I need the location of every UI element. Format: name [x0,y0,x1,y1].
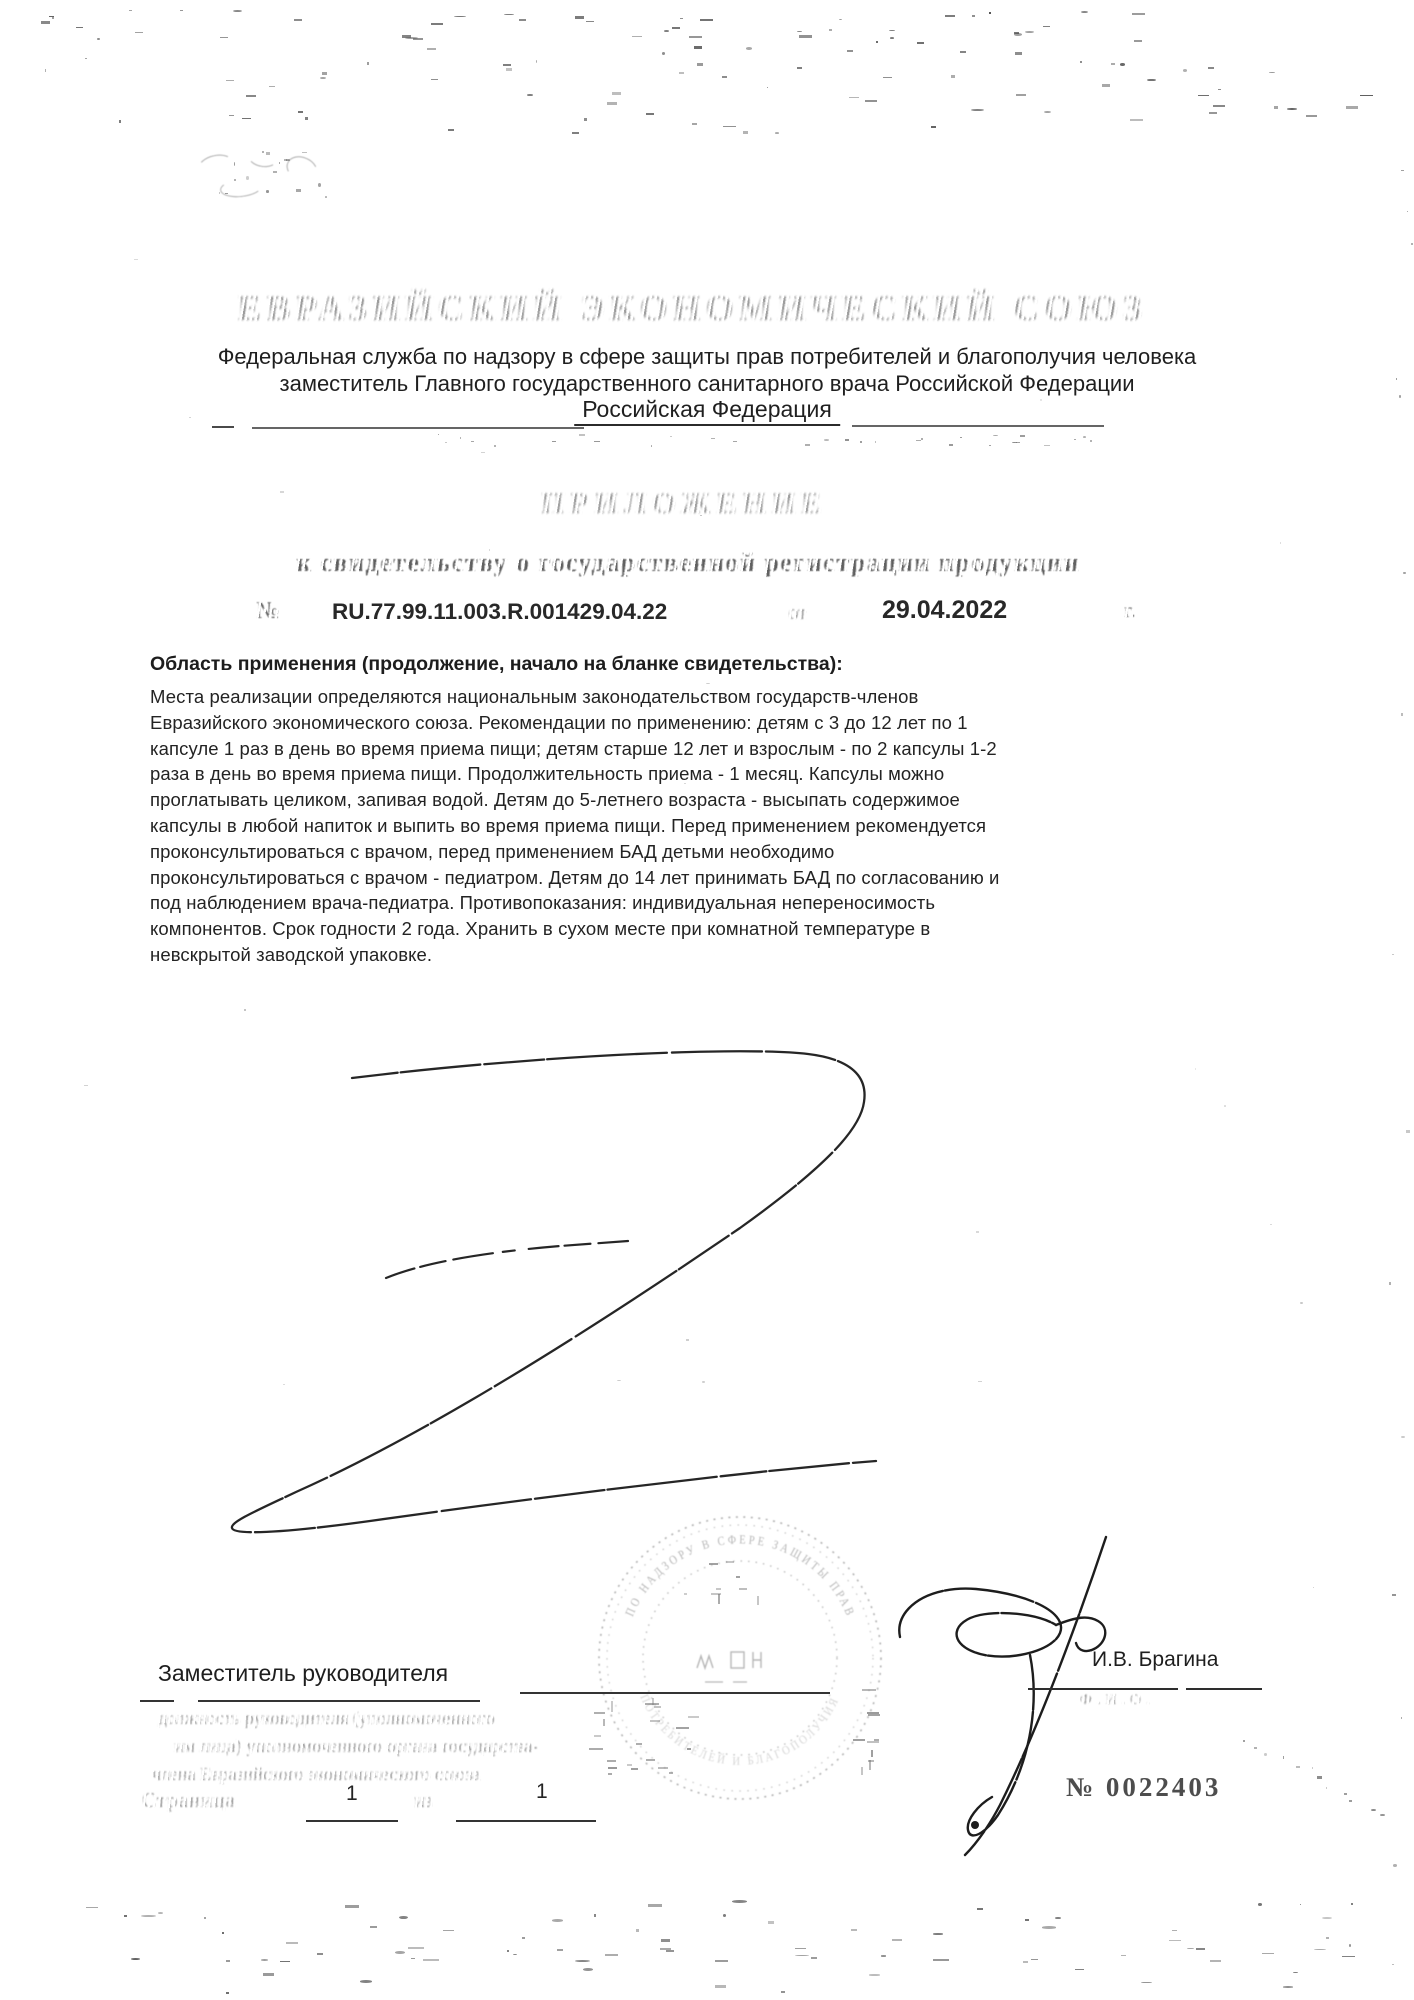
stamp-texture-dash [871,1750,873,1758]
noise-speck [519,19,526,21]
noise-speck [594,441,599,442]
noise-speck [1287,108,1296,110]
noise-speck [1132,13,1145,15]
noise-speck [666,1950,674,1952]
noise-speck [989,12,991,14]
paragraph-line: проконсультироваться с врачом - педиатро… [150,865,999,891]
noise-speck [1314,1949,1325,1950]
noise-speck [1406,1130,1410,1133]
noise-speck [1213,105,1225,107]
noise-speck [648,1904,663,1907]
stamp-texture-dash [709,1563,718,1565]
stamp-texture-dash [688,1716,698,1718]
noise-speck [263,1973,274,1976]
signer-role-underline-b [198,1700,480,1702]
noise-speck [723,1914,726,1917]
faded-emblem-smudge [190,145,340,205]
noise-speck [960,51,966,53]
noise-speck [180,10,183,12]
stamp-texture-dash [594,1735,601,1737]
noise-speck [536,60,537,63]
noise-speck [951,75,954,77]
noise-speck [805,444,810,445]
page-label: Страница [142,1788,236,1813]
noise-speck [646,113,655,116]
noise-speck [579,434,585,436]
noise-speck [1403,572,1406,573]
noise-speck [575,16,584,19]
signer-role-underline-a [140,1700,174,1702]
noise-speck [680,18,683,19]
noise-speck [732,1900,747,1903]
noise-speck [651,445,652,447]
stamp-texture-dash [874,1739,880,1741]
noise-speck [204,1917,206,1919]
noise-speck [875,441,876,443]
signature2-loop [899,1589,1061,1657]
noise-speck [632,36,642,37]
noise-speck [1147,79,1156,82]
noise-speck [45,69,46,71]
page-current-underline [306,1820,398,1822]
doc-title: ПРИЛОЖЕНИЕ [541,487,827,521]
noise-speck [226,1992,229,1994]
noise-speck [522,1937,525,1940]
noise-speck [1300,1302,1303,1304]
noise-speck [799,35,813,38]
signature2-descender [968,1655,1034,1835]
stamp-texture-dash [631,1768,638,1770]
noise-speck [1269,72,1275,73]
noise-speck [662,52,665,55]
noise-speck [552,441,556,442]
header-rule-left [252,427,584,429]
noise-speck [1312,1767,1313,1769]
noise-speck [931,126,936,128]
noise-speck [119,120,121,123]
noise-speck [1016,94,1025,95]
noise-speck [269,86,275,87]
stamp-texture-dash [603,1719,605,1726]
noise-speck [978,1381,982,1382]
union-header: ЕВРАЗИЙСКИЙ ЭКОНОМИЧЕСКИЙ СОЮЗ [237,287,1146,329]
noise-speck [1043,26,1050,27]
noise-speck [689,36,702,38]
noise-speck [993,435,998,436]
noise-speck [1023,1961,1027,1963]
noise-speck [261,1959,268,1960]
page-separator: из [414,1790,433,1813]
noise-speck [552,1919,563,1921]
noise-speck [1020,435,1026,437]
stamp-texture-dash [608,1773,613,1775]
noise-speck [1169,1940,1181,1941]
noise-speck [949,444,953,445]
noise-speck [1209,112,1218,114]
noise-speck [1380,1814,1384,1816]
noise-speck [527,94,533,97]
signer-role-captions: должность руководителя (уполномоченногои… [152,1704,538,1788]
noise-speck [1014,33,1021,36]
noise-speck [572,132,579,134]
reg-number-value: RU.77.99.11.003.R.001429.04.22 [332,599,667,625]
stamp-outer-ring2 [607,1525,873,1791]
noise-speck [1224,1105,1226,1107]
stamp-arc-text-bottom: ПОТРЕБИТЕЛЕЙ И БЛАГОПОЛУЧИЯ [637,1692,842,1768]
noise-speck [607,102,617,105]
noise-speck [586,21,595,22]
noise-speck [76,27,83,28]
noise-speck [1401,713,1403,715]
header-rule-dash [212,426,234,428]
noise-speck [722,76,727,77]
noise-speck [1344,1793,1348,1795]
signature2-ink-dot [971,1821,979,1829]
noise-speck [700,19,713,21]
noise-speck [1283,1756,1285,1759]
noise-speck [448,129,454,130]
noise-speck [158,1912,163,1914]
noise-speck [1349,1800,1352,1802]
noise-speck [286,1942,298,1944]
service-line: Федеральная служба по надзору в сфере за… [0,344,1414,370]
noise-speck [670,436,672,438]
paragraph-line: компонентов. Срок годности 2 года. Храни… [150,916,999,942]
noise-speck [1342,1956,1355,1957]
noise-speck [494,445,496,446]
noise-speck [1044,445,1050,446]
application-scope-paragraph: Места реализации определяются национальн… [150,684,999,968]
noise-speck [723,126,736,127]
noise-speck [1210,1960,1221,1961]
page-total: 1 [536,1780,548,1804]
noise-speck [135,32,143,34]
noise-speck [711,438,715,440]
noise-speck [246,95,256,96]
stamp-texture-dash [739,1588,747,1590]
noise-speck [976,1231,979,1233]
stamp-texture-dash [736,1576,740,1578]
page-current: 1 [346,1782,358,1806]
noise-speck [797,67,802,69]
noise-speck [1196,1948,1205,1950]
header-rule-right [852,425,1104,427]
reg-number-label: № [256,598,279,625]
noise-speck [876,41,878,43]
noise-speck [1012,442,1017,443]
date-label: от [788,600,807,625]
noise-speck [1360,95,1373,97]
noise-speck [694,46,703,49]
noise-speck [52,17,54,19]
noise-speck [504,14,514,15]
noise-speck [865,100,877,102]
noise-speck [411,1958,414,1959]
noise-speck [97,38,100,41]
noise-speck [743,131,748,134]
stamp-texture-dash [611,1701,613,1711]
country-line: Российская Федерация [574,396,840,426]
noise-speck [280,491,284,493]
noise-speck [1349,1944,1351,1946]
noise-speck [605,1954,618,1956]
noise-speck [660,1948,672,1949]
noise-speck [824,439,829,441]
stamp-texture-dash [608,1767,617,1769]
noise-speck [454,16,466,17]
noise-speck [360,1980,372,1983]
signature-stroke [232,1051,876,1532]
noise-speck [557,1949,562,1951]
noise-speck [129,10,132,11]
noise-speck [1322,1917,1331,1919]
noise-speck [1262,1953,1274,1955]
noise-speck [692,123,697,125]
noise-speck [1134,40,1142,41]
noise-speck [405,37,418,39]
stamp-texture-dash [646,1759,655,1761]
signature-line-right [1028,1688,1262,1690]
noise-speck [845,439,850,441]
noise-speck [189,417,192,419]
stamp-texture-dash [627,1764,632,1766]
noise-speck [869,1974,880,1975]
noise-speck [131,1958,141,1960]
noise-speck [1392,1594,1396,1596]
noise-speck [229,115,234,116]
noise-speck [141,1915,156,1917]
noise-speck [1198,95,1210,96]
stamp-texture-dash [687,1748,691,1750]
noise-speck [1025,31,1034,33]
noise-speck [860,441,861,443]
noise-speck [933,1959,948,1961]
noise-speck [960,437,962,438]
noise-speck [1317,1776,1323,1779]
noise-speck [1392,954,1394,955]
noise-speck [507,1950,510,1952]
paragraph-line: капсулы в любой напиток и выпить во врем… [150,813,999,839]
noise-speck [1141,1982,1152,1983]
page-total-underline [456,1820,596,1822]
noise-speck [889,30,895,31]
noise-speck [124,1915,127,1917]
stamp-arc-text-top: ПО НАДЗОРУ В СФЕРЕ ЗАЩИТЫ ПРАВ [622,1532,858,1619]
noise-speck [280,1961,291,1962]
noise-speck [1187,1948,1194,1949]
noise-speck [1407,211,1408,213]
noise-speck [298,111,303,113]
noise-speck [767,87,768,88]
noise-speck [1130,119,1143,121]
noise-speck [883,77,891,79]
stamp-texture-dash [669,1772,674,1774]
noise-speck [345,1905,359,1908]
stamp-texture-dash [650,1720,660,1722]
noise-speck [49,16,54,18]
noise-speck [503,64,511,66]
noise-speck [1283,1986,1293,1987]
noise-speck [1411,243,1413,245]
signer-role-caption-line: им лица) уполномоченного органа государс… [174,1732,538,1760]
noise-speck [1351,1903,1353,1906]
noise-speck [305,117,308,120]
noise-speck [612,92,621,94]
noise-speck [395,1951,405,1954]
svg-text:ПО НАДЗОРУ В СФЕРЕ ЗАЩИТЫ ПРАВ: ПО НАДЗОРУ В СФЕРЕ ЗАЩИТЫ ПРАВ [622,1532,858,1619]
noise-speck [977,1908,982,1910]
noise-speck [672,27,680,29]
noise-speck [370,1926,378,1928]
noise-speck [1044,111,1051,113]
noise-speck [1042,1926,1056,1928]
noise-speck [989,445,991,446]
noise-speck [715,1960,728,1962]
noise-speck [471,441,474,442]
noise-speck [839,19,843,20]
noise-speck [971,109,984,111]
signature-stroke-middle [386,1241,628,1278]
paragraph-line: раза в день во время приема пищи. Продол… [150,761,999,787]
noise-speck [881,1955,887,1956]
noise-speck [849,97,859,99]
noise-speck [1401,1436,1405,1438]
noise-speck [1090,440,1092,442]
noise-speck [1015,52,1022,54]
noise-speck [661,1939,670,1942]
noise-speck [1218,89,1221,90]
noise-speck [1313,1587,1314,1588]
noise-speck [1306,115,1317,117]
noise-speck [933,1933,944,1934]
noise-speck [322,72,327,74]
noise-speck [226,80,234,81]
noise-speck [1270,1224,1272,1225]
noise-speck [1102,84,1111,87]
signer-name: И.В. Брагина [1092,1648,1218,1672]
noise-speck [851,1929,858,1931]
noise-speck [664,30,668,32]
doc-subtitle: к свидетельству о государственной регист… [296,548,1080,578]
noise-speck [445,442,447,443]
noise-speck [222,1932,224,1934]
noise-speck [1274,106,1278,108]
noise-speck [829,29,833,31]
noise-speck [1264,1753,1267,1756]
deputy-line: заместитель Главного государственного са… [0,371,1414,397]
official-stamp: ПО НАДЗОРУ В СФЕРЕ ЗАЩИТЫ ПРАВ ПОТРЕБИТЕ… [585,1500,905,1830]
noise-speck [892,1939,903,1941]
noise-speck [41,21,49,24]
svg-text:ПОТРЕБИТЕЛЕЙ И БЛАГОПОЛУЧИЯ: ПОТРЕБИТЕЛЕЙ И БЛАГОПОЛУЧИЯ [637,1692,842,1768]
noise-speck [636,1929,639,1931]
stamp-center-marks [697,1652,761,1682]
noise-speck [697,63,703,65]
noise-speck [746,47,752,49]
noise-speck [1293,1972,1298,1973]
noise-speck [1055,1917,1060,1919]
noise-speck [775,132,780,134]
noise-speck [431,23,443,25]
noise-speck [220,37,228,38]
blank-number: № 0022403 [1066,1772,1221,1803]
date-value: 29.04.2022 [882,596,1007,625]
stamp-texture-dash [676,1727,689,1729]
paragraph-line: под наблюдением врача-педиатра. Противоп… [150,890,999,916]
noise-speck [1208,67,1215,69]
noise-speck [1389,1282,1391,1285]
stamp-texture-dash [862,1689,876,1691]
noise-speck [1392,1964,1394,1965]
noise-speck [1025,1919,1030,1921]
scanned-document-page: ЕВРАЗИЙСКИЙ ЭКОНОМИЧЕСКИЙ СОЮЗ Федеральн… [0,0,1414,2000]
noise-speck [679,72,684,74]
noise-speck [84,1085,87,1086]
stamp-texture-dash [869,1760,871,1769]
noise-speck [972,15,975,17]
noise-speck [423,1959,439,1961]
noise-speck [317,1953,323,1955]
stamp-texture-dash [726,1561,734,1563]
noise-speck [1111,63,1115,64]
noise-speck [1075,1969,1083,1970]
noise-speck [1243,1740,1244,1742]
noise-speck [1258,1903,1262,1906]
noise-speck [1254,1747,1257,1749]
stamp-texture-dash [589,1748,603,1750]
noise-speck [768,1921,774,1924]
stamp-texture-dash [853,1739,865,1741]
noise-speck [1280,542,1281,544]
noise-speck [795,1948,806,1950]
signer-name-caption: Ф.И.О. [1080,1692,1155,1709]
stamp-texture-dash [716,1588,721,1590]
noise-speck [1326,1787,1327,1789]
noise-speck [1326,1937,1329,1939]
noise-speck [945,15,955,18]
noise-speck [921,438,922,440]
noise-speck [513,1954,517,1955]
noise-speck [575,1960,590,1962]
noise-speck [1172,1930,1177,1931]
noise-speck [584,118,588,121]
noise-speck [1401,1717,1402,1720]
noise-speck [438,434,439,436]
noise-speck [1083,436,1086,438]
noise-speck [320,77,326,79]
noise-speck [797,31,802,32]
signature-line-middle [520,1692,830,1694]
noise-speck [85,58,87,59]
noise-speck [917,42,925,44]
stamp-texture-dash [654,1706,662,1708]
noise-speck [1401,170,1404,171]
signature-main [200,1020,900,1540]
noise-speck [481,452,484,453]
paragraph-line: Места реализации определяются национальн… [150,684,999,710]
noise-speck [460,437,461,438]
noise-speck [795,1955,809,1956]
noise-speck [781,1991,786,1993]
stamp-texture-dash [636,1743,642,1745]
noise-speck [890,37,894,39]
noise-speck [443,1930,455,1931]
noise-speck [1040,399,1041,400]
noise-speck [1296,1766,1301,1768]
noise-speck [1081,11,1088,13]
noise-speck [1195,1068,1197,1070]
noise-speck [733,441,738,442]
